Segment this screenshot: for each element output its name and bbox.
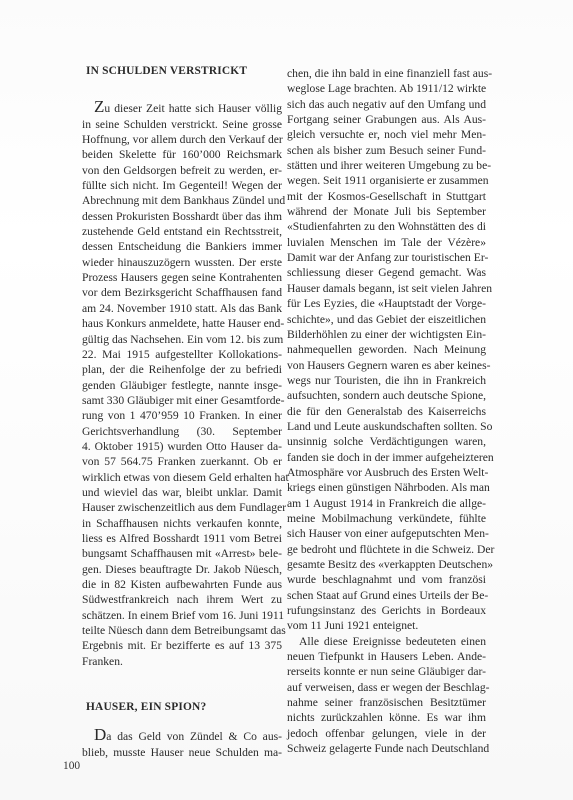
text-line: Schweiz gelagerte Funde nach Deutschland [287,741,486,756]
text-line: luvialen Menschen im Tale der Vézère» [287,235,486,250]
text-line: liess es Alfred Bosshardt 1911 vom Betre… [82,531,282,546]
text-line: beiden Skelette für 160’000 Reichsmark [82,147,282,162]
text-line: gültig das Nachsehen. Ein vom 12. bis zu… [82,332,282,347]
text-line: unsinnig solche Verdächtigungen waren, [287,434,486,449]
text-line: wurde beschlagnahmt und vom französi [287,572,486,587]
text-line: haus Konkurs anmeldete, hatte Hauser end… [82,316,282,331]
text-line: teilte Nüesch dann dem Betreibungsamt da… [82,623,282,638]
text-line: 22. Mai 1915 aufgestellter Kollokations- [82,347,282,362]
text-line: schen Staat auf Grund eines Urteils der … [287,588,486,603]
text-line: wieder hinauszuzögern wussten. Der erste [82,255,282,270]
text-line: Fortgang seiner Grabungen aus. Als Aus- [287,112,486,127]
text-line: in seine Schulden verstrickt. Seine gros… [82,117,282,132]
text-line: wegen. Seit 1911 organisierte er zusamme… [287,173,486,188]
text-line: schen als bisher zum Besuch seiner Fund- [287,143,486,158]
section-heading-in-schulden-verstrickt: IN SCHULDEN VERSTRICKT [86,64,282,79]
text-line: gesamte Besitz des «verkappten Deutschen… [287,557,486,572]
text-line: die für den Generalstab des Kaiserreichs [287,404,486,419]
text-line: für Les Eyzies, die «Hauptstadt der Vorg… [287,296,486,311]
text-line: genden Gläubiger festlegte, nannte insge… [82,378,282,393]
text-line: meine Mobilmachung verkündete, fühlte [287,511,486,526]
text-line: bungsamt Schaffhausen mit «Arrest» bele- [82,546,282,561]
text-line: neuen Tiefpunkt in Hausers Leben. Ande- [287,649,486,664]
text-line: sich Hauser von einer aufgeputschten Men… [287,526,486,541]
text-line: schliessung dieser Gegend gemacht. Was [287,265,486,280]
text-line: kriegs einen günstigen Nährboden. Als ma… [287,480,486,495]
text-line: Hauser damals begann, ist seit vielen Ja… [287,281,486,296]
text-line: in Schaffhausen nichts verkaufen konnte, [82,516,282,531]
text-line: rufungsinstanz des Gerichts in Bordeaux [287,603,486,618]
text-line: vom 11 Juni 1921 enteignet. [287,618,486,633]
text-line: wegs nur Touristen, die ihn in Frankreic… [287,373,486,388]
text-line: sich das auch negativ auf den Umfang und [287,97,486,112]
text-line: ge bedroht und flüchtete in die Schweiz.… [287,542,486,557]
text-line: Da das Geld von Zündel & Co aus- [82,729,282,744]
drop-cap: Z [94,97,104,116]
text-line: Zu dieser Zeit hatte sich Hauser völlig [82,101,282,116]
text-line: chen, die ihn bald in eine finanziell fa… [287,66,486,81]
paragraph-continued: chen, die ihn bald in eine finanziell fa… [287,66,486,634]
text-line: zustehende Geld entstand ein Rechtsstrei… [82,224,282,239]
text-line: rung von 1 470’959 10 Franken. In einer [82,408,282,423]
text-line: 4. Oktober 1915) wurden Otto Hauser da- [82,439,282,454]
text-line: von den Geldsorgen befreit zu werden, er… [82,163,282,178]
text-line: fanden sie doch in der immer aufgeheizte… [287,450,486,465]
text-line: dessen Entscheidung die Bankiers immer [82,239,282,254]
text-line: am 1 August 1914 in Frankreich die allge… [287,496,486,511]
right-column: chen, die ihn bald in eine finanziell fa… [287,66,486,756]
text-line: Alle diese Ereignisse bedeuteten einen [287,634,486,649]
page-number: 100 [63,760,80,772]
text-line: plan, der die Reihenfolge der zu befried… [82,362,282,377]
text-line: schichte», und das Gebiet der eiszeitlic… [287,312,486,327]
text-line: Abrechnung mit dem Bankhaus Zündel und [82,193,282,208]
paragraph-spion: Da das Geld von Zündel & Co aus-blieb, m… [82,729,282,760]
text-line: schätzen. In einem Brief vom 16. Juni 19… [82,608,282,623]
text-line: Hauser zwischenzeitlich aus dem Fundlage… [82,500,282,515]
text-line: «Studienfahrten zu den Wohnstätten des d… [287,219,486,234]
text-line: blieb, musste Hauser neue Schulden ma- [82,745,282,760]
text-line: nahme seiner französischen Besitztümer [287,695,486,710]
text-line: Bilderhöhlen zu einer der wichtigsten Ei… [287,327,486,342]
text-line: von 57 564.75 Franken zuerkannt. Ob er [82,454,282,469]
paragraph-ereignisse: Alle diese Ereignisse bedeuteten einenne… [287,634,486,757]
text-line: Atmosphäre vor Ausbruch des Ersten Welt- [287,465,486,480]
section-heading-hauser-ein-spion: HAUSER, EIN SPION? [86,700,282,715]
text-line: auf verweisen, dass er wegen der Beschla… [287,680,486,695]
text-line: Hoffnung, vor allem durch den Verkauf de… [82,132,282,147]
text-line: und wieviel das war, bleibt unklar. Dami… [82,485,282,500]
text-line: dessen Prokuristen Bosshardt über das ih… [82,209,282,224]
text-line: mit der Kosmos-Gesellschaft in Stuttgart [287,189,486,204]
paragraph-schulden: Zu dieser Zeit hatte sich Hauser völligi… [82,101,282,669]
text-line: jedoch offenbar gelungen, viele in der [287,726,486,741]
text-line: Gerichtsverhandlung (30. September [82,424,282,439]
text-line: Land und Leute auskundschaften sollten. … [287,419,486,434]
text-line: die in 82 Kisten aufbewahrten Funde aus [82,577,282,592]
left-column: IN SCHULDEN VERSTRICKT Zu dieser Zeit ha… [82,64,282,760]
text-line: Ergebnis mit. Er bezifferte es auf 13 37… [82,638,282,653]
text-line: samt 330 Gläubiger mit einer Gesamtforde… [82,393,282,408]
text-line: gleich versuchte er, noch viel mehr Men- [287,127,486,142]
text-line: stätten und ihrer weiteren Umgebung zu b… [287,158,486,173]
text-line: weglose Lage brachten. Ab 1911/12 wirkte [287,81,486,96]
drop-cap: D [94,725,106,744]
text-line: aufsuchten, sondern auch deutsche Spione… [287,388,486,403]
text-line: Südwestfrankreich nach ihrem Wert zu [82,592,282,607]
text-line: am 24. November 1910 statt. Als das Bank [82,301,282,316]
book-page: IN SCHULDEN VERSTRICKT Zu dieser Zeit ha… [0,0,573,800]
text-line: Prozess Hausers gegen seine Kontrahenten [82,270,282,285]
text-line: während der Monate Juli bis September [287,204,486,219]
text-line: füllte sich nicht. Im Gegenteil! Wegen d… [82,178,282,193]
text-line: Franken. [82,654,282,669]
text-line: rerseits konnte er nun seine Gläubiger d… [287,664,486,679]
text-line: von Hausers Gegnern waren es aber keines… [287,358,486,373]
text-line: nichts zurückzahlen könne. Es war ihm [287,710,486,725]
text-line: vor dem Bezirksgericht Schaffhausen fand [82,285,282,300]
text-line: nahmequellen geworden. Nach Meinung [287,342,486,357]
text-line: Damit war der Anfang zur touristischen E… [287,250,486,265]
text-line: wirklich etwas von diesem Geld erhalten … [82,470,282,485]
text-line: gen. Dieses beauftragte Dr. Jakob Nüesch… [82,562,282,577]
